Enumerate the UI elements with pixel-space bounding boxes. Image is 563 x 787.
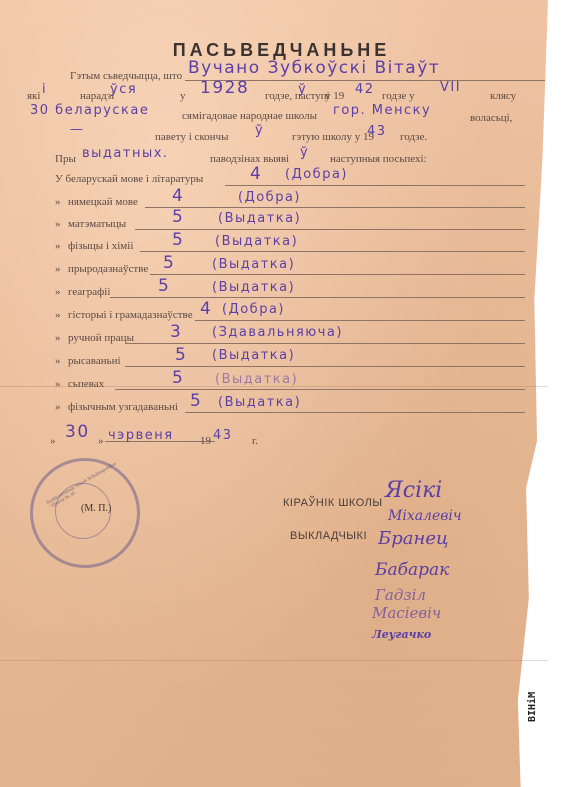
label-pavetu: павету і скончы — [155, 131, 228, 143]
teacher-signature: Міхалевіч — [388, 508, 462, 524]
grade-prefix: » — [55, 332, 61, 344]
intro-text: Гэтым сьведчыцца, што — [70, 70, 182, 82]
label-u19: у 19 — [325, 90, 344, 102]
grade-word: (Здавальняюча) — [212, 325, 343, 340]
grade-underline — [140, 251, 525, 252]
grade-underline — [185, 412, 525, 413]
label-getuyu: гэтую школу у 19 — [292, 131, 374, 143]
grade-underline — [125, 366, 525, 367]
date-day: 30 — [65, 422, 90, 442]
grade-prefix: » — [55, 286, 61, 298]
grade-underline — [135, 229, 525, 230]
grade-underline — [145, 207, 525, 208]
label-u: у — [180, 90, 186, 102]
teacher-signature: Масіевіч — [372, 604, 441, 622]
date-quote-mid: » — [98, 435, 104, 447]
label-godze-u: годзе у — [382, 90, 415, 102]
grade-underline — [150, 274, 525, 275]
hw-month: ўся — [110, 82, 137, 97]
grade-word: (Добра) — [222, 302, 285, 317]
grade-word: (Выдатка) — [218, 211, 301, 226]
grade-subject: прыродазнаўстве — [68, 263, 148, 275]
grade-mark: 5 — [172, 368, 184, 388]
hw-vyavi: ў — [300, 145, 309, 160]
hw-yak: і — [42, 82, 47, 97]
date-month: чэрвеня — [108, 428, 174, 443]
head-signature: Ясікі — [385, 478, 442, 503]
label-yak: які — [27, 90, 40, 102]
class-number: VII — [440, 80, 461, 95]
grade-underline — [125, 343, 525, 344]
school-stamp: Stadtkommissar Minsk Schulinspektion · Ш… — [30, 458, 140, 568]
grade-mark: 5 — [158, 276, 170, 296]
hw-postupi: ў — [298, 82, 307, 97]
entry-year: 42 — [355, 82, 375, 97]
birth-year: 1928 — [200, 78, 249, 98]
grade-subject: фізыцы і хіміі — [68, 240, 133, 252]
grade-prefix: » — [55, 263, 61, 275]
grade-mark: 3 — [170, 322, 182, 342]
grade-word: (Выдатка) — [212, 348, 295, 363]
grade-prefix: » — [55, 309, 61, 321]
grade-word: (Выдатка) — [218, 395, 301, 410]
grade-word: (Выдатка) — [212, 280, 295, 295]
grade-word: (Выдатка) — [212, 257, 295, 272]
student-name: Вучано Зубкоўскі Вітаўт — [188, 58, 440, 78]
teacher-signature: Бабарак — [375, 560, 449, 580]
label-godze: годзе. — [400, 131, 427, 143]
grade-prefix: » — [55, 196, 61, 208]
date-suffix: г. — [252, 435, 258, 447]
teacher-signature: Леугачко — [372, 628, 431, 641]
grade-mark: 5 — [163, 253, 175, 273]
label-volasci: воласьці, — [470, 112, 512, 124]
teacher-signature: Гадзіл — [375, 586, 426, 604]
hw-skonchy: ў — [255, 123, 264, 138]
mp-label: (М. П.) — [81, 503, 111, 514]
archive-watermark: BIHiM — [527, 692, 538, 722]
grade-subject: нямецкай мове — [68, 196, 138, 208]
grade-mark: 4 — [250, 164, 262, 184]
grade-mark: 4 — [200, 299, 212, 319]
grad-year: 43 — [367, 124, 387, 139]
date-year: 43 — [213, 428, 233, 443]
grade-prefix: » — [55, 240, 61, 252]
school-number: 30 беларускае — [30, 103, 149, 118]
date-year-prefix: 19 — [200, 435, 211, 447]
grade-underline — [225, 185, 525, 186]
grade-subject: фізычным узгадаваньні — [68, 401, 178, 413]
grade-prefix: » — [55, 401, 61, 413]
head-label: КІРАЎНІК ШКОЛЫ — [283, 497, 383, 509]
fold-line — [0, 660, 548, 661]
label-klasu: клясу — [490, 90, 516, 102]
label-school-type: сямігадовае народнае школы — [182, 110, 317, 122]
date-quote-open: » — [50, 435, 56, 447]
grade-mark: 5 — [175, 345, 187, 365]
grade-prefix: » — [55, 218, 61, 230]
grade-underline — [115, 389, 525, 390]
teachers-label: ВЫКЛАДЧЫКІ — [290, 530, 367, 542]
grade-mark: 5 — [190, 391, 202, 411]
grade-prefix: » — [55, 378, 61, 390]
school-place: гор. Менску — [333, 103, 431, 118]
grade-subject: гісторыі і грамадазнаўстве — [68, 309, 193, 321]
grade-word: (Выдатка) — [215, 234, 298, 249]
grade-subject: геаграфіі — [68, 286, 110, 298]
label-pry: Пры — [55, 153, 76, 165]
grade-word: (Выдатка) — [215, 372, 298, 387]
grade-word: (Добра) — [238, 190, 301, 205]
grade-subject: рысаваньні — [68, 355, 121, 367]
teacher-signature: Бранец — [378, 528, 449, 549]
grade-mark: 5 — [172, 230, 184, 250]
label-nastupnyya: наступныя посьпехі: — [330, 153, 427, 165]
grade-word: (Добра) — [285, 167, 348, 182]
grade-subject: матэматыцы — [68, 218, 126, 230]
hw-pavet: — — [70, 122, 85, 137]
conduct: выдатных. — [82, 146, 169, 161]
grade-mark: 5 — [172, 207, 184, 227]
grade-underline — [195, 320, 525, 321]
grade-underline — [110, 297, 525, 298]
grade-mark: 4 — [172, 186, 184, 206]
grade-subject: У беларускай мове і літаратуры — [55, 173, 203, 185]
grade-prefix: » — [55, 355, 61, 367]
grade-subject: сьпевах — [68, 378, 104, 390]
